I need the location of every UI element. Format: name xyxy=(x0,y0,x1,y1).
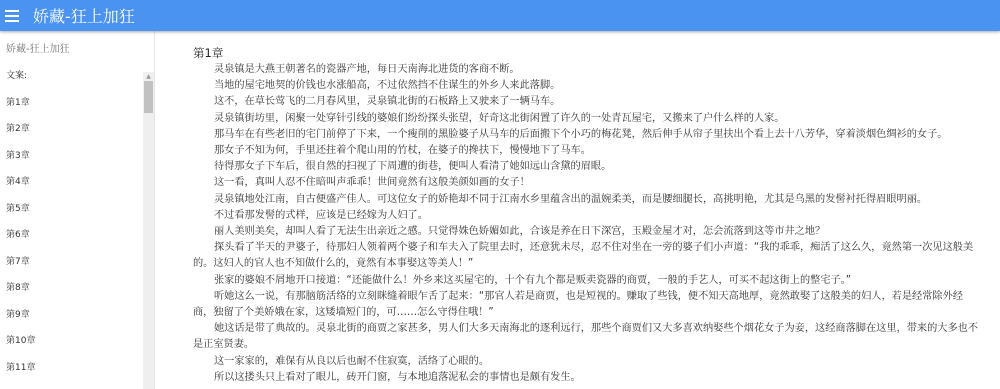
sidebar-item-chapter-9[interactable]: 第9章 xyxy=(6,309,35,336)
sidebar-item-chapter-6[interactable]: 第6章 xyxy=(6,229,35,256)
sidebar-item-chapter-2[interactable]: 第2章 xyxy=(6,123,35,150)
app-title: 娇藏-狂上加狂 xyxy=(33,4,135,27)
reading-pane: 第1章 灵泉镇是大燕王朝著名的瓷器产地，每日天南海北进货的客商不断。 当地的屋宅… xyxy=(155,31,1000,389)
sidebar-item-chapter-10[interactable]: 第10章 xyxy=(6,335,35,362)
paragraph: 这不，在草长莺飞的二月春风里，灵泉镇北街的石板路上又驶来了一辆马车。 xyxy=(193,94,983,110)
paragraph: 丽人美则美矣，却叫人看了无法生出亲近之感。只觉得姝色娇媚如此，合该是养在日下深宫… xyxy=(193,224,983,240)
chapter-sidebar: 娇藏-狂上加狂 文案: 第1章 第2章 第3章 第4章 第5章 第6章 第7章 … xyxy=(0,31,155,389)
paragraph: 她这话是带了典故的。灵泉北街的商贾之家甚多，男人们大多天南海北的逐利远行，那些个… xyxy=(193,321,983,353)
paragraph: 那女子不知为何，手里还拄着个爬山用的竹杖，在婆子的搀扶下，慢慢地下了马车。 xyxy=(193,143,983,159)
chapter-title: 第1章 xyxy=(193,45,223,61)
scroll-up-arrow-icon[interactable]: ▲ xyxy=(143,72,154,81)
paragraph: 探头看了半天的尹婆子，待那妇人领着两个婆子和车夫入了院里去时，还意犹未尽，忍不住… xyxy=(193,240,983,272)
paragraph: 不过看那发髻的式样，应该是已经嫁为人妇了。 xyxy=(193,208,983,224)
paragraph: 灵泉镇街坊里，闲聚一处穿针引线的婆娘们纷纷探头张望，好奇这北街闲置了许久的一处青… xyxy=(193,111,983,127)
paragraph: 当地的屋宅地契的价钱也水涨船高，不过依然挡不住谋生的外乡人来此落脚。 xyxy=(193,78,983,94)
sidebar-item-chapter-8[interactable]: 第8章 xyxy=(6,282,35,309)
scrollbar-thumb[interactable] xyxy=(144,81,153,113)
sidebar-item-synopsis[interactable]: 文案: xyxy=(6,70,35,97)
sidebar-item-chapter-11[interactable]: 第11章 xyxy=(6,362,35,389)
paragraph: 听她这么一说，有那脑筋活络的立刻眯缝着眼乍舌了起来：“那官人若是商贾，也是短视的… xyxy=(193,289,983,321)
paragraph: 这一家家的，难保有从良以后也耐不住寂寞，活络了心眼的。 xyxy=(193,354,983,370)
paragraph: 灵泉镇是大燕王朝著名的瓷器产地，每日天南海北进货的客商不断。 xyxy=(193,62,983,78)
paragraph: 待得那女子下车后，很自然的扫视了下周遭的街巷，便叫人看清了她如远山含黛的眉眼。 xyxy=(193,159,983,175)
paragraph: 那马车在有些老旧的宅门前停了下来，一个瘦削的黑脸婆子从马车的后面搬下个小巧的梅花… xyxy=(193,127,983,143)
chapter-text: 灵泉镇是大燕王朝著名的瓷器产地，每日天南海北进货的客商不断。 当地的屋宅地契的价… xyxy=(193,62,983,386)
app-header: 娇藏-狂上加狂 xyxy=(0,0,1000,31)
paragraph: 这一看，真叫人忍不住暗叫声乖乖！世间竟然有这般美颜如画的女子！ xyxy=(193,175,983,191)
paragraph: 张家的婆娘不屑地开口接道：“还能做什么！外乡来这买屋宅的，十个有九个都是贩卖瓷器… xyxy=(193,273,983,289)
sidebar-item-chapter-5[interactable]: 第5章 xyxy=(6,203,35,230)
sidebar-scrollbar[interactable]: ▲ xyxy=(143,72,154,389)
sidebar-book-title: 娇藏-狂上加狂 xyxy=(6,40,70,55)
hamburger-menu-icon[interactable] xyxy=(5,10,19,22)
sidebar-item-chapter-4[interactable]: 第4章 xyxy=(6,176,35,203)
paragraph: 灵泉镇地处江南，自古便盛产佳人。可这位女子的娇艳却不同于江南水乡里蕴含出的温婉柔… xyxy=(193,192,983,208)
sidebar-item-chapter-3[interactable]: 第3章 xyxy=(6,150,35,177)
paragraph: 所以这搂头只上看对了眼儿，砖开门窗，与本地追落泥私会的事情也是颇有发生。 xyxy=(193,370,983,386)
sidebar-item-chapter-1[interactable]: 第1章 xyxy=(6,97,35,124)
chapter-list: 文案: 第1章 第2章 第3章 第4章 第5章 第6章 第7章 第8章 第9章 … xyxy=(6,70,35,388)
sidebar-item-chapter-7[interactable]: 第7章 xyxy=(6,256,35,283)
